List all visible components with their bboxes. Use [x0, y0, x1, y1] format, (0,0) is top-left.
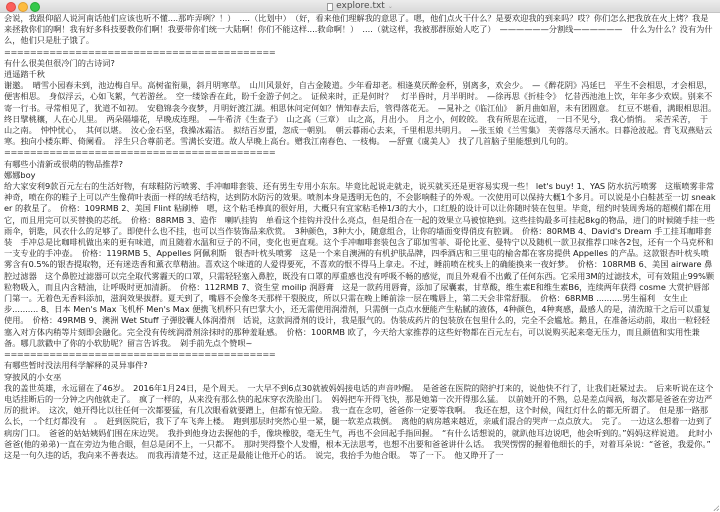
separator-line: ========================================…	[4, 349, 276, 360]
question-heading: 有哪些暂时没法用科学解释的灵异事件?	[4, 360, 716, 371]
answer-paragraph: 我的盖世英雄，永远留在了46岁。 2016年1月24日，是个周天。 一大早不到6…	[4, 383, 716, 461]
text-document-icon	[327, 3, 333, 11]
separator-line: ========================================…	[4, 47, 276, 58]
title-menu-chevron-icon[interactable]: ⌄	[388, 0, 393, 13]
question-heading: 有哪些小清新或很萌的物品推荐?	[4, 159, 716, 170]
answer-paragraph: 谢邀。 晴雪小园春未到，池边梅自早。高树雀衔巢，斜月明寒草。 山川风景好，自古金…	[4, 80, 716, 147]
window-title-group: explore.txt ⌄	[0, 0, 720, 13]
window-title: explore.txt	[336, 0, 385, 13]
author-name: 逍遥踏千秋	[4, 69, 716, 80]
separator-line: ========================================…	[4, 147, 276, 158]
text-line: 会说，我跟仰韶人说河南话他们应该也听不懂....那咋弄咧？！） ....（比划中…	[4, 13, 716, 47]
author-name: 娜娜boy	[4, 170, 716, 181]
author-name: 穿披风的小女巫	[4, 372, 716, 383]
window-titlebar[interactable]: explore.txt ⌄	[0, 0, 720, 13]
answer-paragraph: 给大家安利9款百元左右的生活好物，有球鞋防污喷雾、手冲咖啡套装、还有男生专用小东…	[4, 181, 716, 349]
text-editor-area[interactable]: 会说，我跟仰韶人说河南话他们应该也听不懂....那咋弄咧？！） ....（比划中…	[4, 13, 716, 461]
window-resize-grip[interactable]	[713, 505, 719, 511]
question-heading: 有什么很美但很冷门的古诗词?	[4, 58, 716, 69]
